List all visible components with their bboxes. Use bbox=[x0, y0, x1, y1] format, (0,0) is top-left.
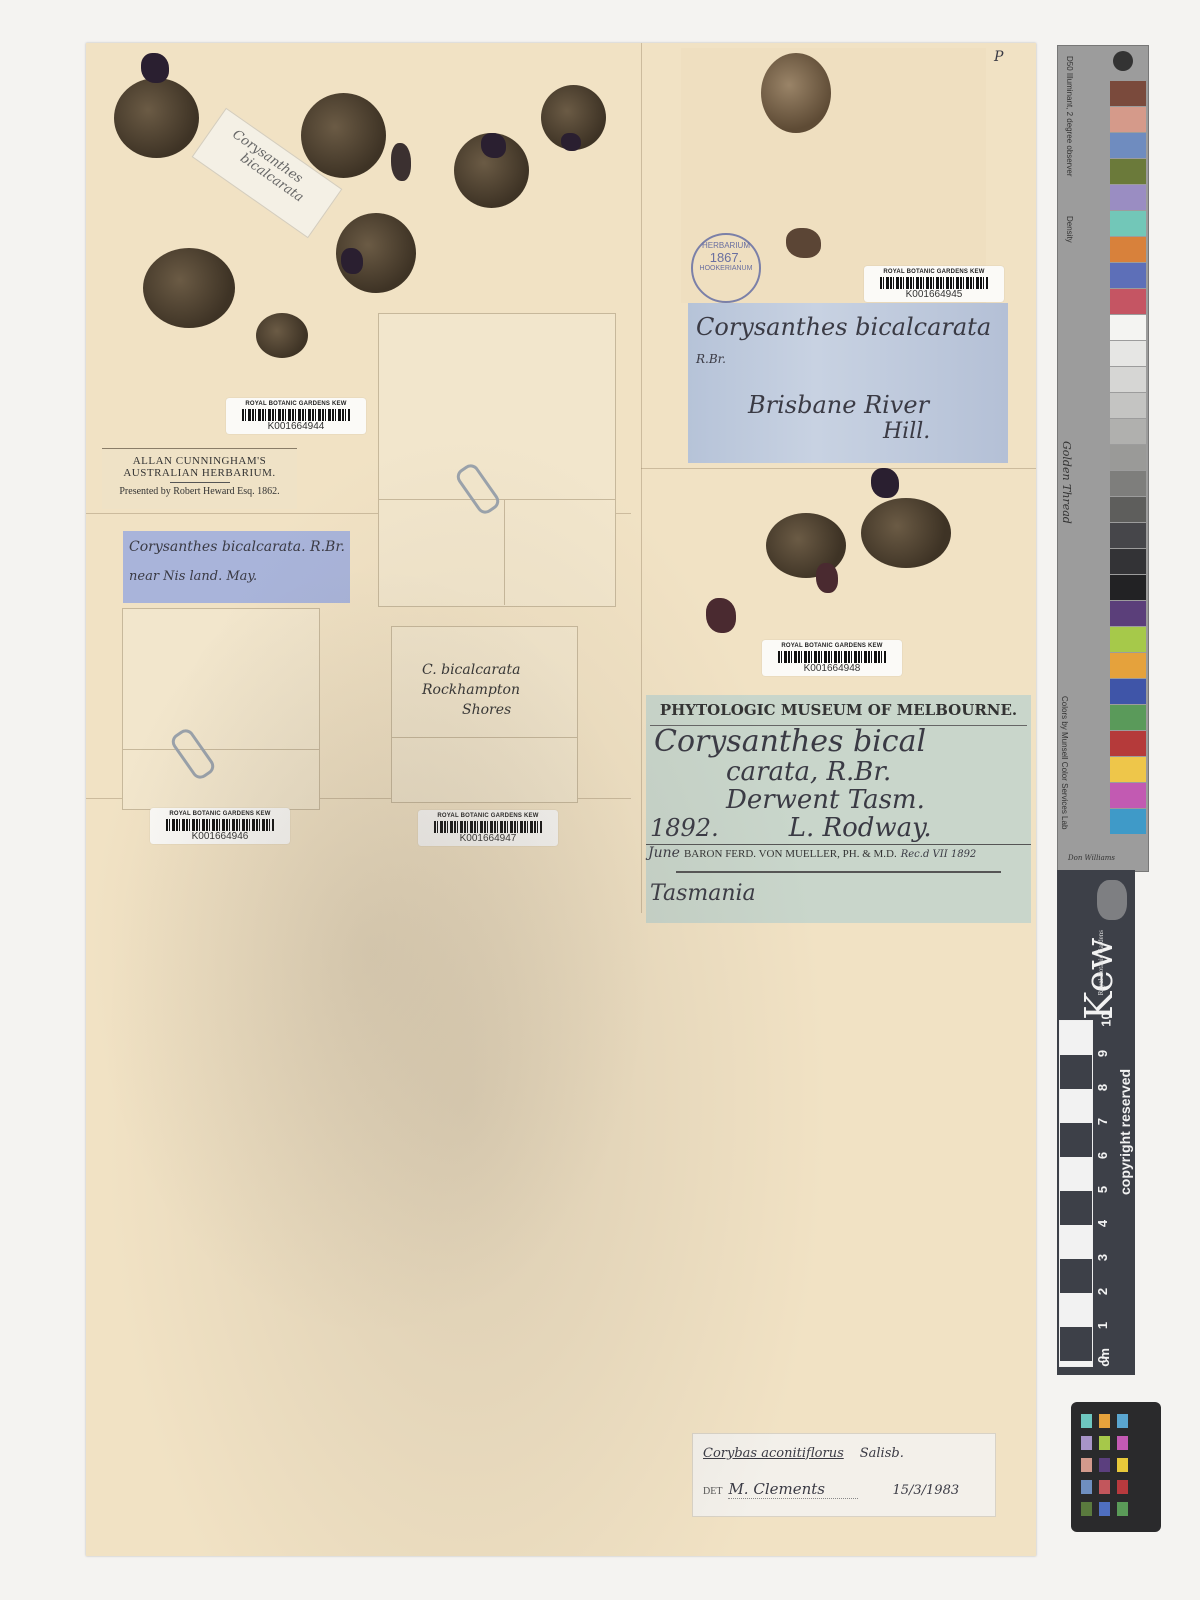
color-swatch bbox=[1110, 185, 1146, 210]
scale-tick-label: 3 bbox=[1095, 1254, 1110, 1261]
checker-swatch bbox=[1117, 1480, 1128, 1494]
color-swatch bbox=[1110, 159, 1146, 184]
barcode-label: ROYAL BOTANIC GARDENS KEW K001664948 bbox=[762, 640, 902, 676]
color-swatch bbox=[1110, 627, 1146, 652]
scale-tick-label: 9 bbox=[1095, 1050, 1110, 1057]
color-calibration-ruler: D50 Illuminant, 2 degree observer Densit… bbox=[1057, 45, 1149, 872]
divider bbox=[641, 43, 642, 913]
herbarium-sheet: P Corysanthes bicalcarata ROYAL BOTANIC … bbox=[86, 43, 1036, 1556]
checker-swatch bbox=[1099, 1436, 1110, 1450]
barcode-bars bbox=[880, 277, 988, 289]
kew-scale-bar: Kew Royal Botanic Gardens copyright rese… bbox=[1057, 870, 1135, 1375]
color-swatch bbox=[1110, 211, 1146, 236]
color-swatch bbox=[1110, 679, 1146, 704]
checker-swatch bbox=[1099, 1458, 1110, 1472]
color-swatch bbox=[1110, 523, 1146, 548]
color-swatch bbox=[1110, 783, 1146, 808]
checker-swatch bbox=[1099, 1502, 1110, 1516]
seed-envelope[interactable] bbox=[122, 608, 320, 810]
seed-packet[interactable]: C. bicalcarata Rockhampton Shores bbox=[391, 626, 578, 803]
checker-swatch bbox=[1081, 1458, 1092, 1472]
barcode-bars bbox=[166, 819, 274, 831]
scale-tick-label: 8 bbox=[1095, 1084, 1110, 1091]
color-swatch bbox=[1110, 133, 1146, 158]
checker-swatch bbox=[1117, 1502, 1128, 1516]
checker-swatch bbox=[1081, 1480, 1092, 1494]
barcode-label: ROYAL BOTANIC GARDENS KEW K001664944 bbox=[226, 398, 366, 434]
color-swatch bbox=[1110, 601, 1146, 626]
color-swatch bbox=[1110, 341, 1146, 366]
color-checker-card bbox=[1071, 1402, 1161, 1532]
color-swatch bbox=[1110, 107, 1146, 132]
collection-label-melbourne: PHYTOLOGIC MUSEUM OF MELBOURNE. Corysant… bbox=[646, 695, 1031, 923]
color-swatch bbox=[1110, 445, 1146, 470]
color-swatch bbox=[1110, 289, 1146, 314]
royal-crest-icon bbox=[1097, 880, 1127, 920]
scale-tick-label: 5 bbox=[1095, 1186, 1110, 1193]
barcode-bars bbox=[778, 651, 886, 663]
color-swatch bbox=[1110, 809, 1146, 834]
divider bbox=[641, 468, 1036, 469]
checker-swatch bbox=[1081, 1414, 1092, 1428]
color-swatch bbox=[1110, 731, 1146, 756]
collection-label-brisbane: Corysanthes bicalcarata R.Br. Brisbane R… bbox=[688, 303, 1008, 463]
scale-tick-label: 1 bbox=[1095, 1322, 1110, 1329]
checker-swatch bbox=[1081, 1502, 1092, 1516]
cunningham-label: ALLAN CUNNINGHAM'S AUSTRALIAN HERBARIUM.… bbox=[102, 448, 297, 509]
color-swatch bbox=[1110, 471, 1146, 496]
scale-tick-label: 6 bbox=[1095, 1152, 1110, 1159]
checker-swatch bbox=[1117, 1436, 1128, 1450]
scale-tick-label: 10 bbox=[1099, 1012, 1114, 1026]
color-swatch bbox=[1110, 81, 1146, 106]
barcode-bars bbox=[242, 409, 350, 421]
barcode-label: ROYAL BOTANIC GARDENS KEW K001664946 bbox=[150, 808, 290, 844]
barcode-label: ROYAL BOTANIC GARDENS KEW K001664947 bbox=[418, 810, 558, 846]
checker-swatch bbox=[1117, 1414, 1128, 1428]
corner-mark: P bbox=[994, 49, 1003, 65]
color-swatch bbox=[1110, 263, 1146, 288]
color-swatch bbox=[1110, 757, 1146, 782]
checker-swatch bbox=[1099, 1414, 1110, 1428]
scale-tick-label: 7 bbox=[1095, 1118, 1110, 1125]
registration-dot bbox=[1113, 51, 1133, 71]
color-swatch bbox=[1110, 653, 1146, 678]
color-swatch bbox=[1110, 419, 1146, 444]
color-swatch bbox=[1110, 497, 1146, 522]
collection-label-moreton: Corysanthes bicalcarata. R.Br. near Nis … bbox=[123, 531, 350, 603]
seed-envelope[interactable] bbox=[378, 313, 616, 607]
scale-tick-label: 4 bbox=[1095, 1220, 1110, 1227]
barcode-bars bbox=[434, 821, 542, 833]
cm-scale bbox=[1059, 1020, 1093, 1367]
determination-label: Corybas aconitiflorus Salisb. DET M. Cle… bbox=[692, 1433, 996, 1517]
color-swatch bbox=[1110, 549, 1146, 574]
checker-swatch bbox=[1099, 1480, 1110, 1494]
color-swatch bbox=[1110, 237, 1146, 262]
checker-swatch bbox=[1081, 1436, 1092, 1450]
color-swatch bbox=[1110, 393, 1146, 418]
checker-swatch bbox=[1117, 1458, 1128, 1472]
color-swatch bbox=[1110, 705, 1146, 730]
scale-tick-label: 2 bbox=[1095, 1288, 1110, 1295]
color-swatch bbox=[1110, 367, 1146, 392]
color-swatch bbox=[1110, 575, 1146, 600]
barcode-label: ROYAL BOTANIC GARDENS KEW K001664945 bbox=[864, 266, 1004, 302]
color-swatch bbox=[1110, 315, 1146, 340]
herbarium-stamp: HERBARIUM 1867. HOOKERIANUM bbox=[691, 233, 761, 303]
